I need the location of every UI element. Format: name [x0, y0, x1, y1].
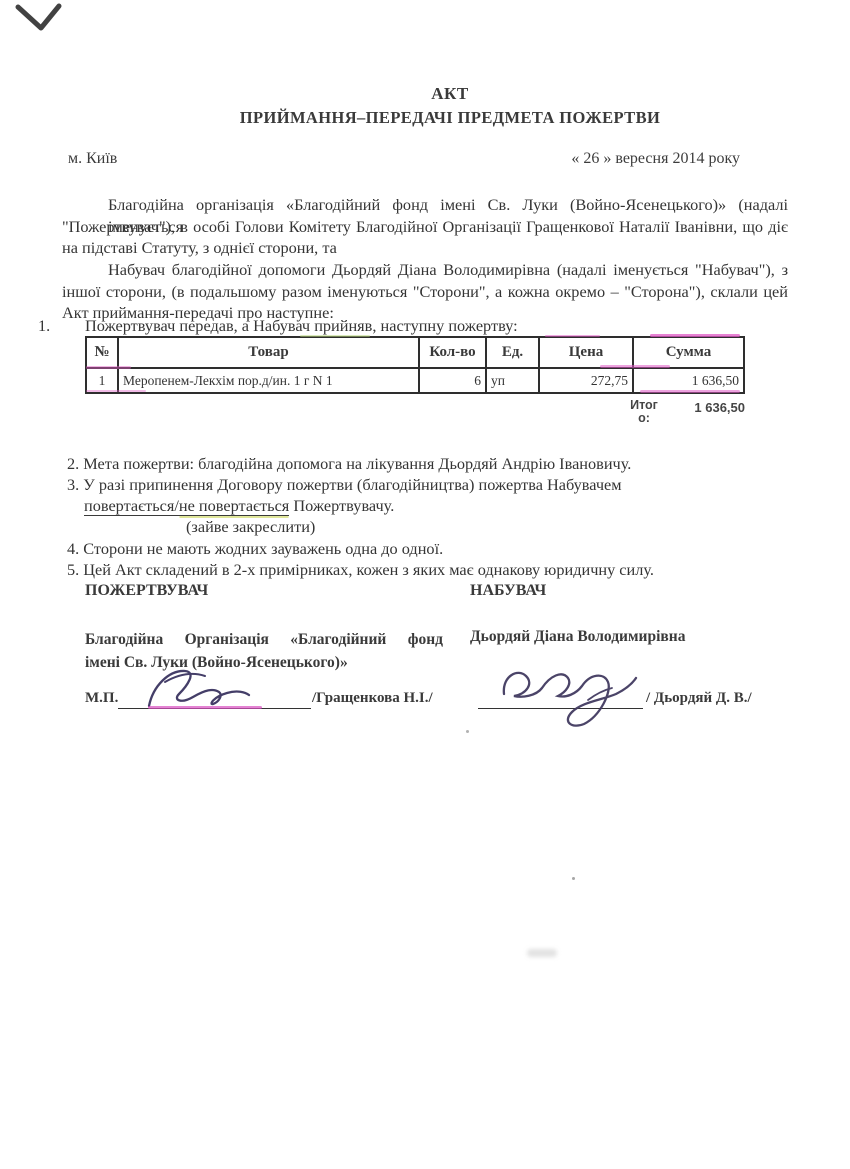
donor-name-line: Благодійна Організація «Благодійний фонд [85, 628, 443, 651]
scanned-document-page: АКТ ПРИЙМАННЯ–ПЕРЕДАЧІ ПРЕДМЕТА ПОЖЕРТВИ… [0, 0, 850, 1169]
paragraph-line: іншої сторони, (в подальшому разом імену… [62, 281, 788, 303]
clause-3-line-1: 3. У разі припинення Договору пожертви (… [67, 476, 787, 493]
clause-3-note: (зайве закреслити) [186, 518, 850, 535]
clause-1-text: Пожертвувач передав, а Набувач прийняв, … [85, 316, 518, 335]
clause-3-line-2: повертається/не повертається Пожертвувач… [84, 497, 804, 514]
header-quantity: Кол-во [419, 337, 486, 368]
scan-streak [650, 334, 740, 337]
pen-mark-artifact [14, 2, 66, 34]
scan-streak-signature [148, 706, 262, 709]
donor-heading: ПОЖЕРТВУВАЧ [85, 582, 208, 600]
scan-streak [86, 390, 146, 392]
clause-4: 4. Сторони не мають жодних зауважень одн… [67, 540, 787, 557]
cell-quantity: 6 [419, 368, 486, 393]
clause-2: 2. Мета пожертви: благодійна допомога на… [67, 455, 787, 472]
recipient-name: Дьордяй Діана Володимирівна [470, 628, 790, 646]
clause-1: 1.Пожертвувач передав, а Набувач прийняв… [38, 316, 758, 336]
recipient-handwritten-signature [492, 660, 652, 730]
cell-price: 272,75 [539, 368, 633, 393]
header-goods: Товар [118, 337, 419, 368]
city-label: м. Київ [68, 150, 117, 168]
header-sum: Сумма [633, 337, 744, 368]
paragraph-line: "Пожертвувач"), в особі Голови Комітету … [62, 216, 788, 238]
underlined-option-strike: не повертається [179, 496, 289, 516]
document-title: АКТ [70, 84, 830, 104]
paragraph-line: Благодійна організація «Благодійний фонд… [62, 194, 788, 216]
underlined-option-keep: повертається/ [84, 496, 179, 516]
scan-speck [466, 730, 469, 733]
document-subtitle: ПРИЙМАННЯ–ПЕРЕДАЧІ ПРЕДМЕТА ПОЖЕРТВИ [70, 108, 830, 128]
scan-streak [640, 390, 740, 393]
paragraph-line: Набувач благодійної допомоги Дьордяй Діа… [62, 259, 788, 281]
header-price: Цена [539, 337, 633, 368]
scan-smudge [527, 949, 557, 957]
header-unit: Ед. [486, 337, 539, 368]
scan-streak [545, 335, 600, 337]
clause-3-tail: Пожертвувачу. [289, 496, 394, 515]
clause-1-number: 1. [38, 316, 85, 336]
donor-signature-caption: /Гращенкова Н.І./ [312, 690, 433, 707]
recipient-signature-caption: / Дьордяй Д. В./ [646, 690, 752, 707]
clause-5: 5. Цей Акт складений в 2-х примірниках, … [67, 561, 787, 578]
header-number: № [86, 337, 118, 368]
cell-goods: Меропенем-Лекхім пор.д/ин. 1 г N 1 [118, 368, 419, 393]
scan-streak [300, 335, 370, 337]
preamble-paragraph-1: Благодійна організація «Благодійний фонд… [62, 194, 788, 259]
table-header-row: № Товар Кол-во Ед. Цена Сумма [86, 337, 744, 368]
preamble-paragraph-2: Набувач благодійної допомоги Дьордяй Діа… [62, 259, 788, 324]
seal-label: М.П. [85, 690, 118, 707]
scan-speck [572, 877, 575, 880]
date-label: « 26 » вересня 2014 року [571, 150, 740, 168]
total-value: 1 636,50 [653, 400, 745, 415]
paragraph-line: на підставі Статуту, з однієї сторони, т… [62, 237, 788, 259]
recipient-heading: НАБУВАЧ [470, 582, 546, 600]
scan-streak [86, 366, 131, 369]
scan-streak [600, 365, 670, 368]
cell-unit: уп [486, 368, 539, 393]
place-date-row: м. Київ « 26 » вересня 2014 року [68, 150, 740, 168]
